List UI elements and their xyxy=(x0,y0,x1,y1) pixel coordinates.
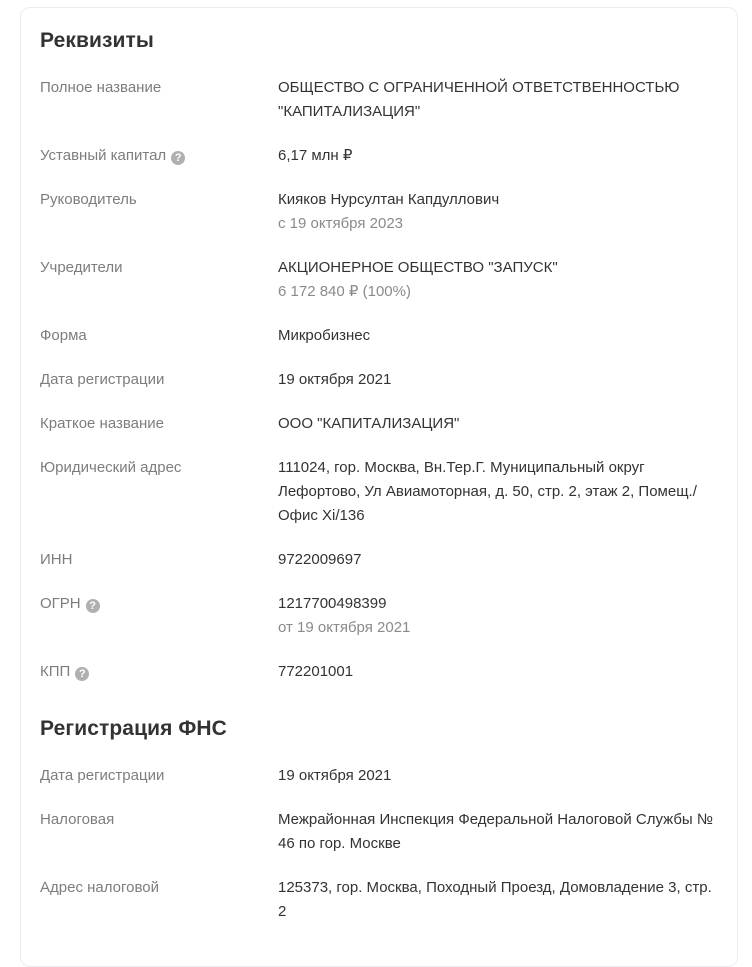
director-name[interactable]: Кияков Нурсултан Капдуллович xyxy=(278,188,723,212)
row-value: Кияков Нурсултан Капдуллович с 19 октябр… xyxy=(278,188,723,236)
row-label: Форма xyxy=(40,324,87,348)
row-label: Руководитель xyxy=(40,188,137,212)
help-icon[interactable]: ? xyxy=(75,667,89,681)
row-value: ОБЩЕСТВО С ОГРАНИЧЕННОЙ ОТВЕТСТВЕННОСТЬЮ… xyxy=(278,76,723,124)
row-value: ООО "КАПИТАЛИЗАЦИЯ" xyxy=(278,412,723,436)
row-label: Дата регистрации xyxy=(40,368,164,392)
ogrn-date: от 19 октября 2021 xyxy=(278,616,723,640)
row-value: 6,17 млн ₽ xyxy=(278,144,723,168)
row-value: Межрайонная Инспекция Федеральной Налого… xyxy=(278,808,723,856)
row-value: 1217700498399 от 19 октября 2021 xyxy=(278,592,723,640)
row-value: 111024, гор. Москва, Вн.Тер.Г. Муниципал… xyxy=(278,456,708,528)
row-label: Адрес налоговой xyxy=(40,876,159,900)
row-value: 19 октября 2021 xyxy=(278,368,723,392)
label-text: КПП xyxy=(40,663,70,680)
row-label: ИНН xyxy=(40,548,72,572)
row-label: КПП? xyxy=(40,660,89,684)
row-label: Налоговая xyxy=(40,808,114,832)
row-label: Дата регистрации xyxy=(40,764,164,788)
section-title-fns-registration: Регистрация ФНС xyxy=(40,717,227,741)
ogrn-number: 1217700498399 xyxy=(278,592,723,616)
row-label: Юридический адрес xyxy=(40,456,181,480)
row-label: ОГРН? xyxy=(40,592,100,616)
row-value: АКЦИОНЕРНОЕ ОБЩЕСТВО "ЗАПУСК" 6 172 840 … xyxy=(278,256,723,304)
row-value: 125373, гор. Москва, Походный Проезд, До… xyxy=(278,876,723,924)
label-text: ОГРН xyxy=(40,595,81,612)
founder-name[interactable]: АКЦИОНЕРНОЕ ОБЩЕСТВО "ЗАПУСК" xyxy=(278,256,723,280)
row-value: 772201001 xyxy=(278,660,723,684)
row-label: Краткое название xyxy=(40,412,164,436)
row-label: Учредители xyxy=(40,256,123,280)
director-since: с 19 октября 2023 xyxy=(278,212,723,236)
help-icon[interactable]: ? xyxy=(86,599,100,613)
row-label: Уставный капитал? xyxy=(40,144,185,168)
row-value: 9722009697 xyxy=(278,548,723,572)
row-label: Полное название xyxy=(40,76,161,100)
row-value: 19 октября 2021 xyxy=(278,764,723,788)
help-icon[interactable]: ? xyxy=(171,151,185,165)
row-value: Микробизнес xyxy=(278,324,723,348)
founder-share: 6 172 840 ₽ (100%) xyxy=(278,280,723,304)
section-title-requisites: Реквизиты xyxy=(40,29,154,53)
label-text: Уставный капитал xyxy=(40,147,166,164)
